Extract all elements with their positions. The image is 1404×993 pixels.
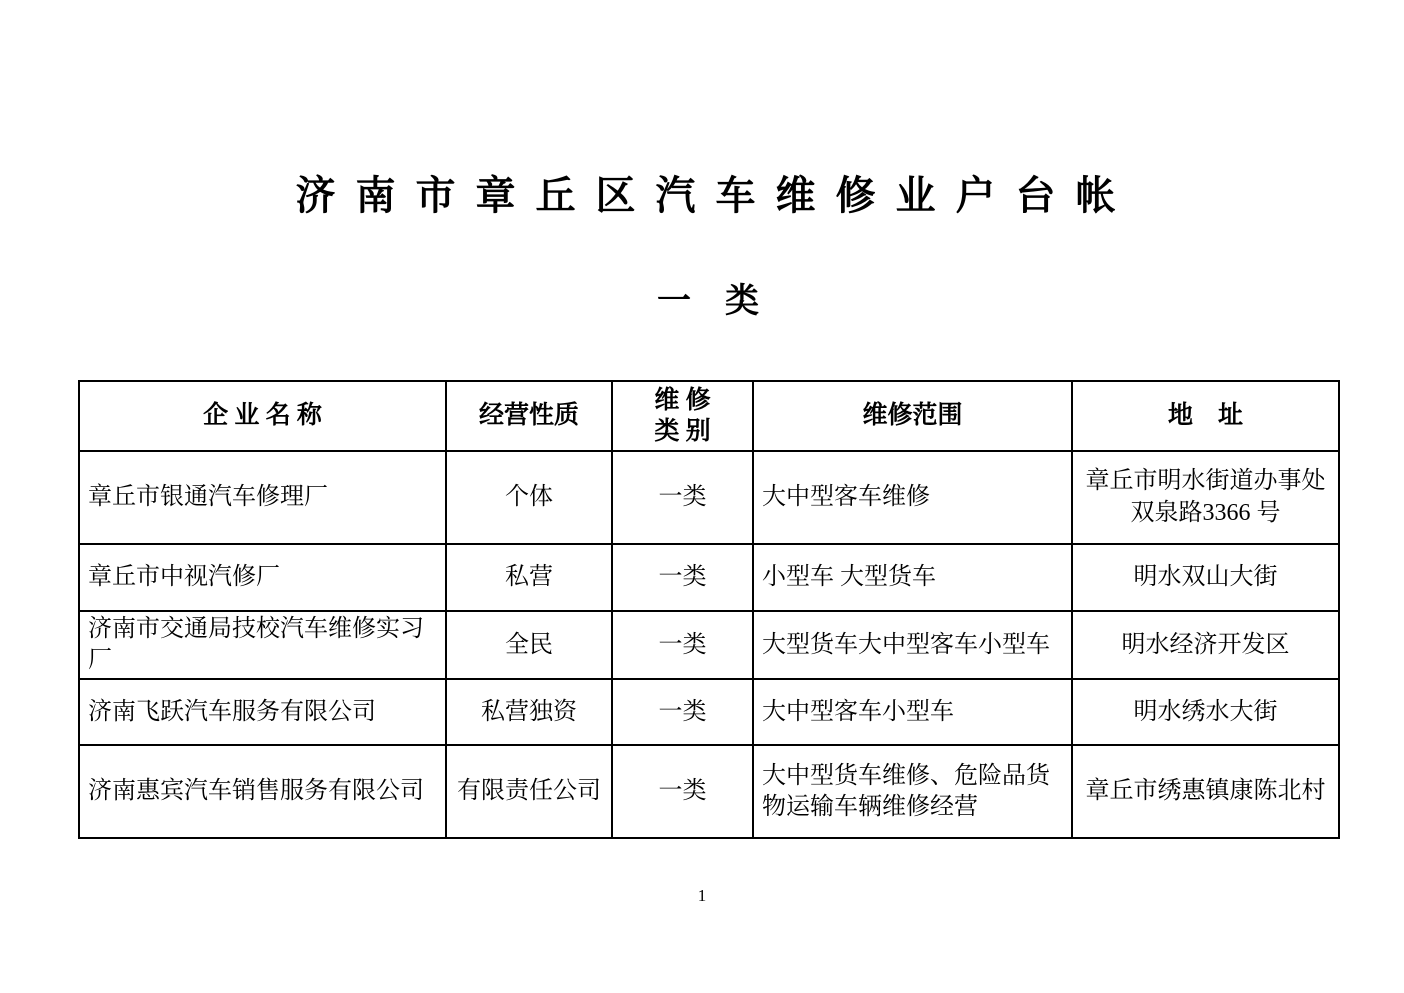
enterprise-name-cell: 章丘市中视汽修厂 xyxy=(79,544,446,611)
table-row: 济南飞跃汽车服务有限公司 私营独资 一类 大中型客车小型车 明水绣水大街 xyxy=(79,679,1339,745)
address-cell: 明水绣水大街 xyxy=(1072,679,1339,745)
col-header-enterprise-name: 企 业 名 称 xyxy=(79,381,446,451)
business-nature-cell: 个体 xyxy=(446,451,612,544)
repair-business-table: 企 业 名 称 经营性质 维 修 类 别 维修范围 地 址 章丘市银通汽车修理厂… xyxy=(78,380,1340,839)
table-header-row: 企 业 名 称 经营性质 维 修 类 别 维修范围 地 址 xyxy=(79,381,1339,451)
page-number: 1 xyxy=(0,886,1404,906)
repair-category-cell: 一类 xyxy=(612,544,753,611)
enterprise-name-cell: 章丘市银通汽车修理厂 xyxy=(79,451,446,544)
address-cell: 明水经济开发区 xyxy=(1072,611,1339,679)
table-row: 济南市交通局技校汽车维修实习厂 全民 一类 大型货车大中型客车小型车 明水经济开… xyxy=(79,611,1339,679)
page-title: 济 南 市 章 丘 区 汽 车 维 修 业 户 台 帐 xyxy=(78,174,1338,218)
address-cell: 章丘市明水街道办事处双泉路3366 号 xyxy=(1072,451,1339,544)
address-cell: 明水双山大街 xyxy=(1072,544,1339,611)
table-row: 章丘市中视汽修厂 私营 一类 小型车 大型货车 明水双山大街 xyxy=(79,544,1339,611)
repair-category-line2: 类 别 xyxy=(617,416,748,447)
col-header-address: 地 址 xyxy=(1072,381,1339,451)
repair-category-line1: 维 修 xyxy=(617,385,748,416)
table-row: 章丘市银通汽车修理厂 个体 一类 大中型客车维修 章丘市明水街道办事处双泉路33… xyxy=(79,451,1339,544)
repair-category-cell: 一类 xyxy=(612,451,753,544)
document-page: 济 南 市 章 丘 区 汽 车 维 修 业 户 台 帐 一 类 企 业 名 称 … xyxy=(0,0,1404,993)
page-subtitle: 一 类 xyxy=(78,283,1338,320)
enterprise-name-cell: 济南飞跃汽车服务有限公司 xyxy=(79,679,446,745)
repair-scope-cell: 大中型货车维修、危险品货物运输车辆维修经营 xyxy=(753,745,1072,838)
repair-scope-cell: 大中型客车小型车 xyxy=(753,679,1072,745)
enterprise-name-cell: 济南惠宾汽车销售服务有限公司 xyxy=(79,745,446,838)
business-nature-cell: 私营独资 xyxy=(446,679,612,745)
address-cell: 章丘市绣惠镇康陈北村 xyxy=(1072,745,1339,838)
business-nature-cell: 私营 xyxy=(446,544,612,611)
repair-scope-cell: 小型车 大型货车 xyxy=(753,544,1072,611)
repair-category-cell: 一类 xyxy=(612,611,753,679)
repair-category-cell: 一类 xyxy=(612,745,753,838)
table-row: 济南惠宾汽车销售服务有限公司 有限责任公司 一类 大中型货车维修、危险品货物运输… xyxy=(79,745,1339,838)
repair-category-cell: 一类 xyxy=(612,679,753,745)
business-nature-cell: 全民 xyxy=(446,611,612,679)
col-header-repair-scope: 维修范围 xyxy=(753,381,1072,451)
repair-scope-cell: 大中型客车维修 xyxy=(753,451,1072,544)
business-nature-cell: 有限责任公司 xyxy=(446,745,612,838)
enterprise-name-cell: 济南市交通局技校汽车维修实习厂 xyxy=(79,611,446,679)
col-header-repair-category: 维 修 类 别 xyxy=(612,381,753,451)
repair-scope-cell: 大型货车大中型客车小型车 xyxy=(753,611,1072,679)
col-header-business-nature: 经营性质 xyxy=(446,381,612,451)
